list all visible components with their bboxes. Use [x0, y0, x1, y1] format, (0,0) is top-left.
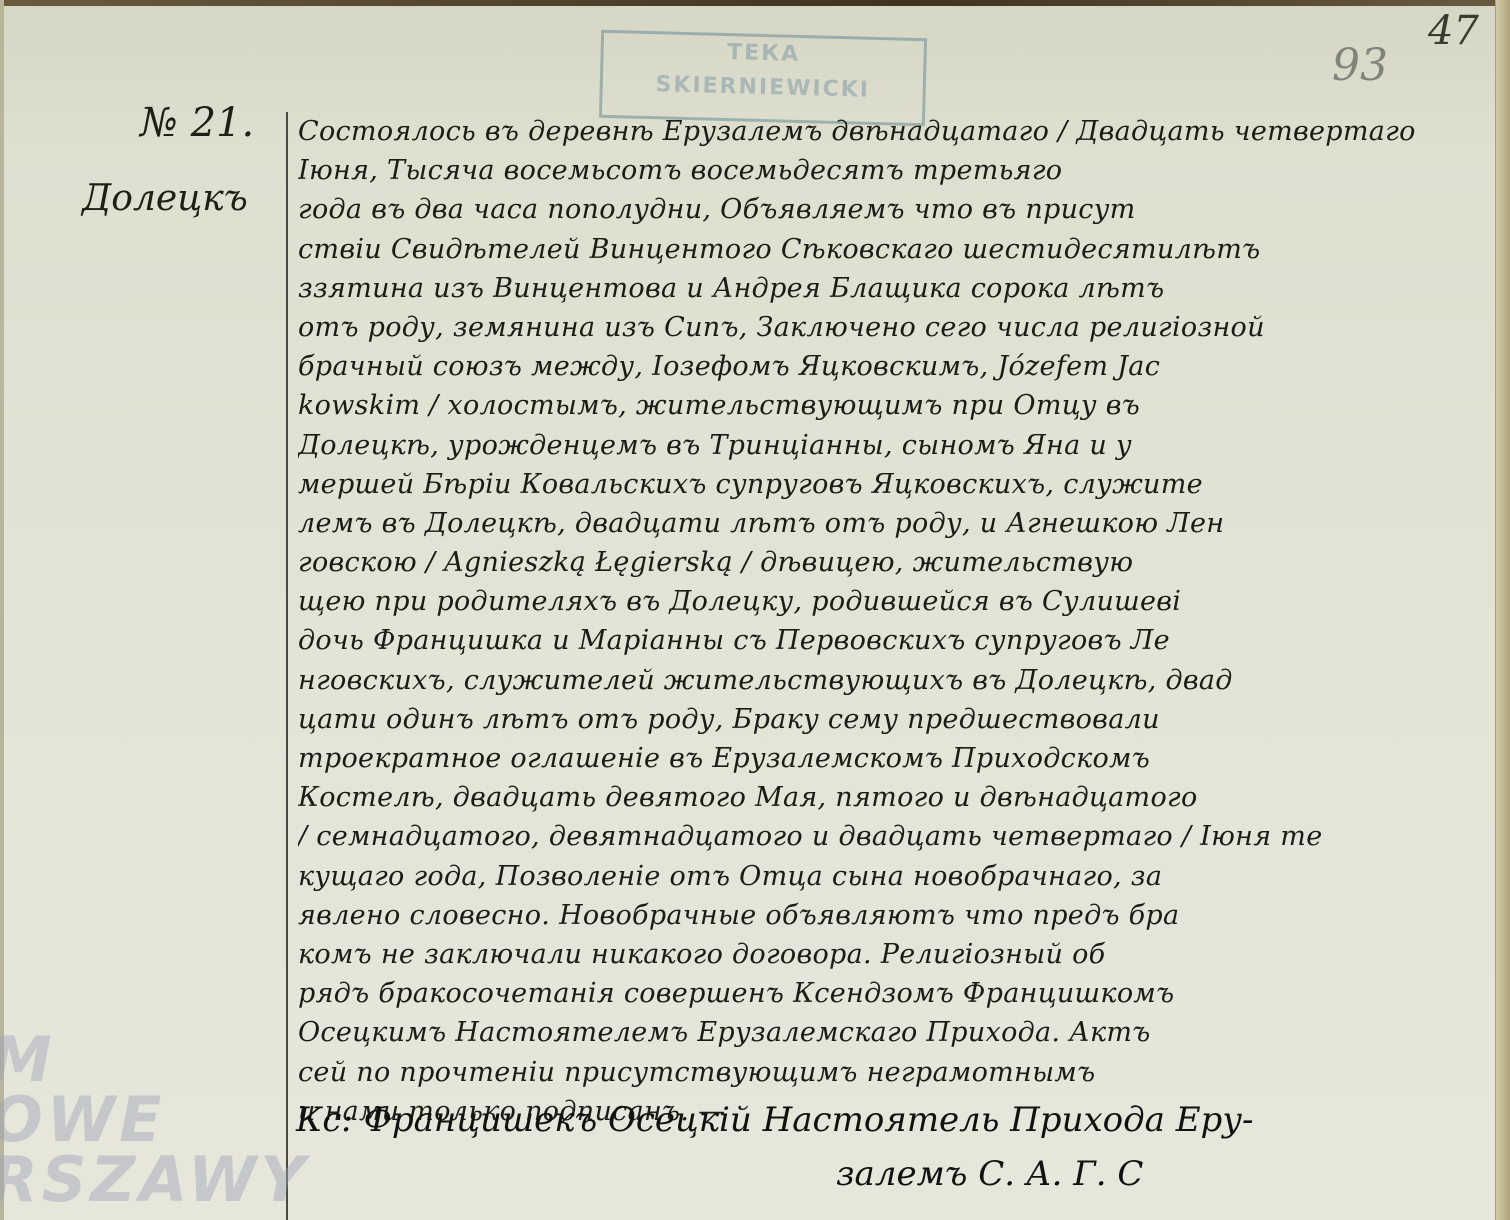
page-top-edge — [0, 0, 1510, 6]
record-line: мершей Бѣріи Ковальскихъ супруговъ Яцков… — [298, 465, 1498, 504]
watermark-line: OWE — [0, 1090, 309, 1150]
record-line: Осецкимъ Настоятелемъ Ерузалемскаго Прих… — [298, 1013, 1498, 1052]
stamp-line-2: SKIERNIEWICKI — [602, 67, 923, 109]
signature-line-1: Кс: Францишекъ Осецкій Настоятель Приход… — [296, 1100, 1254, 1140]
record-line: явлено словесно. Новобрачные объявляютъ … — [298, 896, 1498, 935]
record-line: Состоялось въ деревнѣ Ерузалемъ двѣнадца… — [298, 112, 1498, 151]
record-line: ствіи Свидѣтелей Винцентого Сѣковскаго ш… — [298, 230, 1498, 269]
record-line: ззятина изъ Винцентова и Андрея Блащика … — [298, 269, 1498, 308]
record-line: дочь Францишка и Маріанны съ Первовскихъ… — [298, 621, 1498, 660]
record-line: Костелѣ, двадцать девятого Мая, пятого и… — [298, 778, 1498, 817]
folio-pencil-number: 93 — [1332, 40, 1388, 91]
signature-line-2: залемъ С. А. Г. С — [296, 1154, 1496, 1194]
priest-signature: Кс: Францишекъ Осецкій Настоятель Приход… — [296, 1100, 1496, 1194]
watermark-line: M — [0, 1030, 309, 1090]
record-line: Долецкѣ, урожденцемъ въ Тринціанны, сыно… — [298, 426, 1498, 465]
record-line: года въ два часа пополудни, Объявляемъ ч… — [298, 190, 1498, 229]
record-line: рядъ бракосочетанія совершенъ Ксендзомъ … — [298, 974, 1498, 1013]
record-line: kowskim / холостымъ, жительствующимъ при… — [298, 386, 1498, 425]
record-line: отъ роду, земянина изъ Сипъ, Заключено с… — [298, 308, 1498, 347]
record-line: кущаго года, Позволеніе отъ Отца сына но… — [298, 857, 1498, 896]
record-line: Іюня, Тысяча восемьсотъ восемьдесятъ тре… — [298, 151, 1498, 190]
record-line: лемъ въ Долецкѣ, двадцати лѣтъ отъ роду,… — [298, 504, 1498, 543]
record-line: троекратное оглашеніе въ Ерузалемскомъ П… — [298, 739, 1498, 778]
record-line: щею при родителяхъ въ Долецку, родившейс… — [298, 582, 1498, 621]
record-line: / семнадцатого, девятнадцатого и двадцат… — [298, 817, 1498, 856]
record-line: брачный союзъ между, Іозефомъ Яцковскимъ… — [298, 347, 1498, 386]
record-body: Состоялось въ деревнѣ Ерузалемъ двѣнадца… — [298, 112, 1498, 1131]
place-name: Долецкъ — [82, 178, 248, 219]
folio-ink-number: 47 — [1428, 8, 1479, 54]
entry-number: № 21. — [140, 100, 254, 146]
watermark-line: RSZAWY — [0, 1150, 309, 1210]
record-line: сей по прочтеніи присутствующимъ неграмо… — [298, 1053, 1498, 1092]
document-page: ТЕКА SKIERNIEWICKI 93 47 № 21. Долецкъ С… — [0, 0, 1510, 1220]
record-line: нговскихъ, служителей жительствующихъ въ… — [298, 661, 1498, 700]
record-line: говскою / Agnieszką Łęgierską / дѣвицею,… — [298, 543, 1498, 582]
record-line: комъ не заключали никакого договора. Рел… — [298, 935, 1498, 974]
record-line: цати одинъ лѣтъ отъ роду, Браку сему пре… — [298, 700, 1498, 739]
archive-watermark: M OWE RSZAWY — [0, 1030, 309, 1210]
